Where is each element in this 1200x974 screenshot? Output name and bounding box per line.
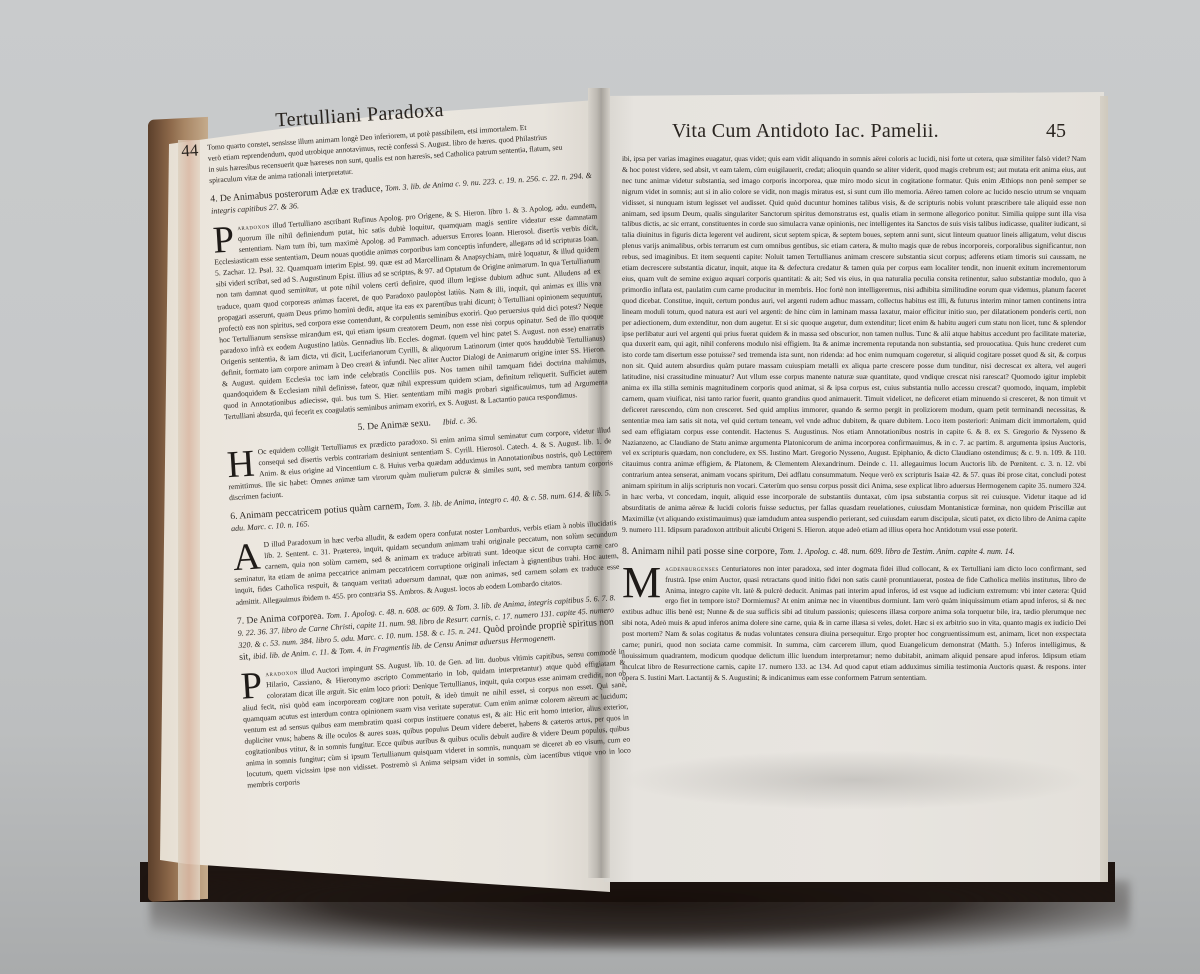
paragraph-text: Centuriatores non inter paradoxa, sed in… [622, 564, 1086, 682]
book-shadow-soft [150, 880, 1130, 950]
drop-cap-letter: M [622, 566, 661, 600]
section-reference: Ibid. c. 36. [442, 416, 477, 427]
left-running-head: Tertulliani Paradoxa [275, 99, 445, 133]
lead-smallcaps: aradoxon [265, 667, 298, 678]
paragraph-text: illud Tertulliano ascribant Rufinus Apol… [214, 201, 608, 422]
section-number: 4. [210, 194, 218, 205]
section-title: Animam peccatricem potius quàm carnem, [239, 501, 404, 522]
right-continuation-text: ibi, ipsa per varias imagines euagatur, … [622, 154, 1086, 536]
section-number: 5. [357, 422, 365, 433]
section-number: 7. [237, 615, 245, 626]
drop-cap-letter: P [240, 670, 263, 701]
section-number: 8. [622, 546, 629, 557]
lead-smallcaps: aradoxon [237, 221, 270, 232]
right-page-edge [1100, 96, 1108, 882]
drop-cap-letter: P [212, 225, 235, 256]
section-reference: Tom. 1. Apolog. c. 48. num. 609. libro d… [780, 547, 1015, 556]
section-title: De Animæ sexu. [367, 417, 431, 432]
section-heading-8: 8. Animam nihil pati posse sine corpore,… [622, 546, 1086, 558]
left-page-content: Tertulliani Paradoxa 44 Tomo quarto cons… [204, 74, 632, 791]
section-paragraph-4: P aradoxon illud Tertulliano ascribant R… [212, 200, 609, 423]
right-running-head: Vita Cum Antidoto Iac. Pamelii. [672, 120, 939, 143]
left-folio-number: 44 [181, 140, 199, 161]
section-title: De Animabus posterorum Adæ ex traduce, [220, 183, 383, 204]
section-number: 6. [230, 511, 238, 522]
section-title: Animam nihil pati posse sine corpore, [631, 546, 777, 557]
left-page-edge-strip [178, 140, 200, 900]
page-shade [620, 750, 1090, 810]
section-paragraph-7: P aradoxon illud Auctori impingunt SS. A… [240, 645, 632, 790]
right-page-content: Vita Cum Antidoto Iac. Pamelii. 45 ibi, … [622, 120, 1086, 684]
right-folio-number: 45 [1046, 120, 1066, 143]
lead-smallcaps: agdenburgenses [665, 564, 719, 573]
paragraph-text: illud Auctori impingunt SS. August. lib.… [242, 646, 631, 789]
drop-cap-letter: H [226, 449, 255, 481]
drop-cap-letter: A [232, 542, 261, 574]
section-paragraph-8: M agdenburgenses Centuriatores non inter… [622, 564, 1086, 684]
